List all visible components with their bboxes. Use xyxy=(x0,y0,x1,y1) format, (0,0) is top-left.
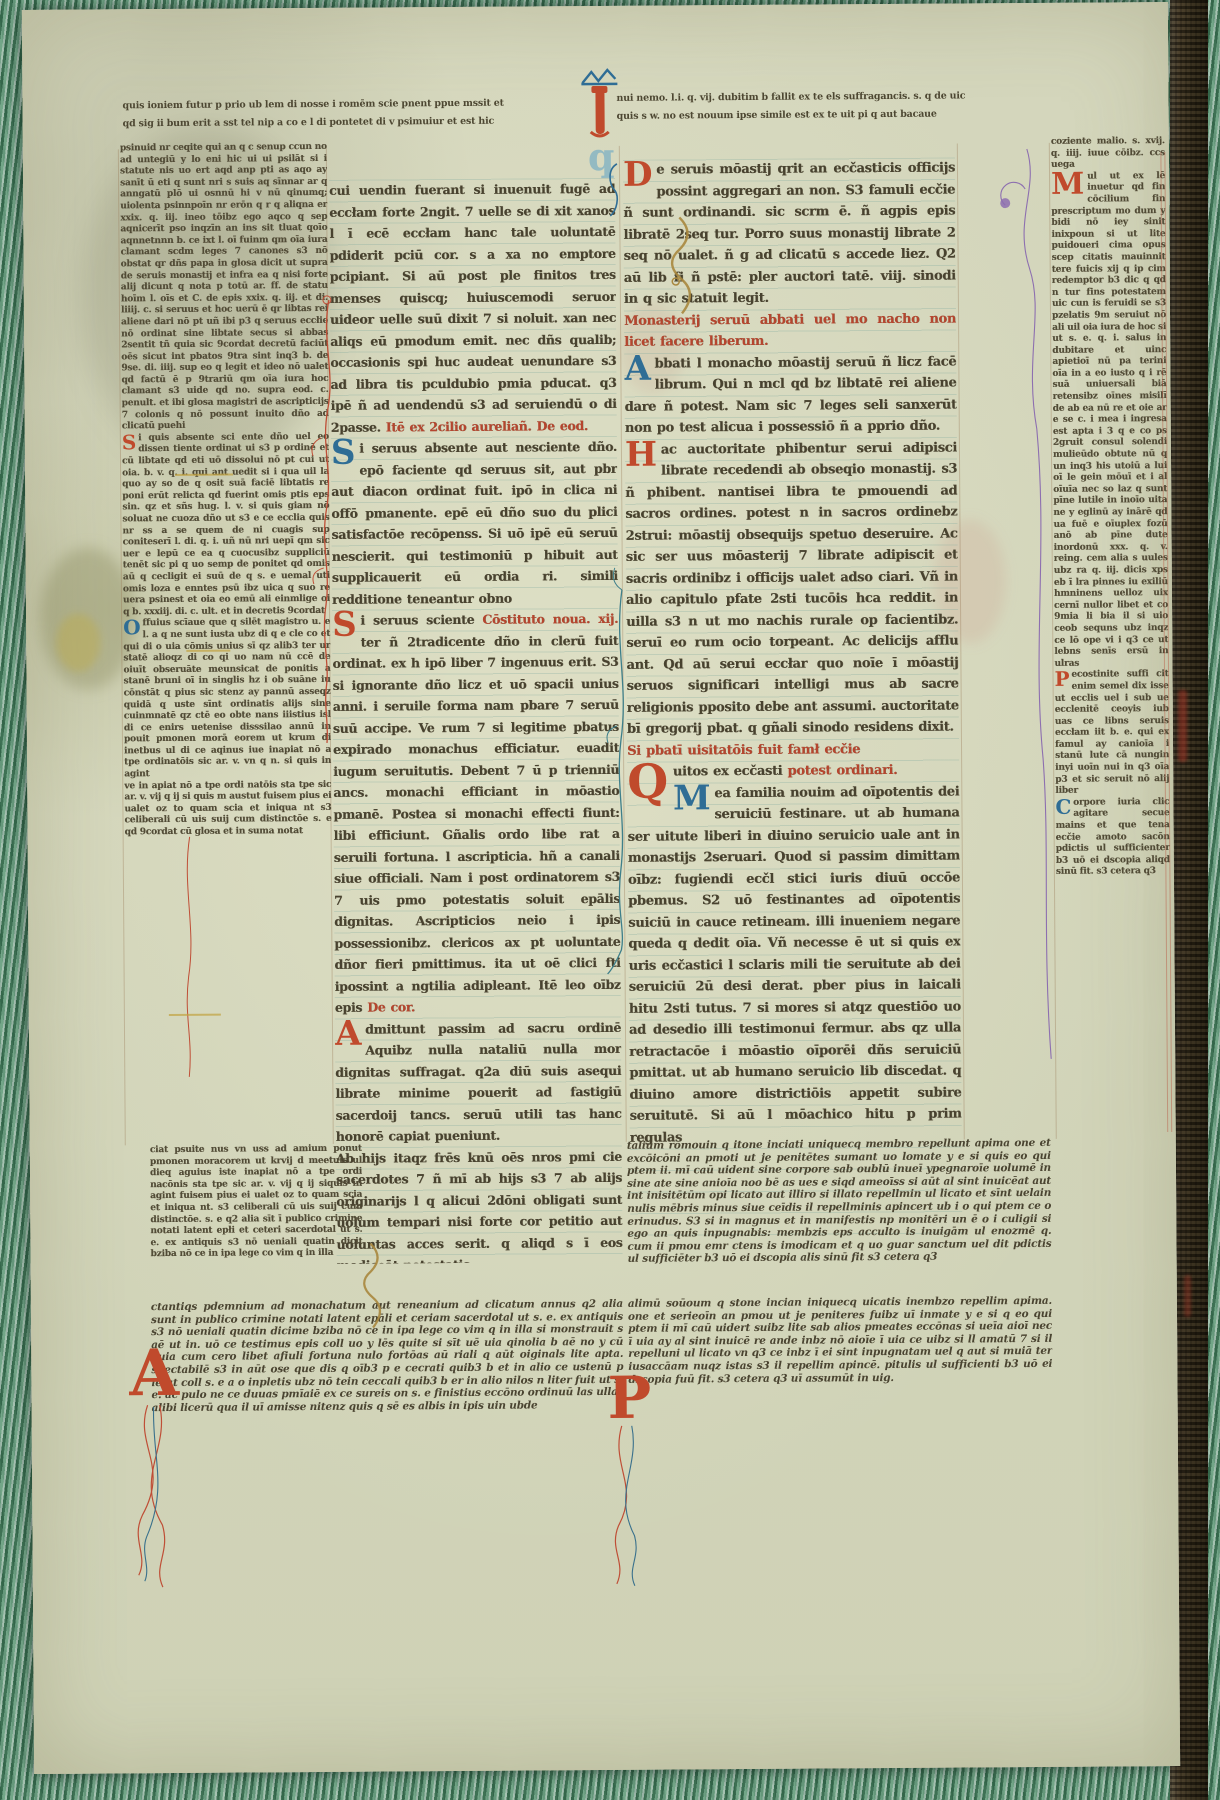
main-column-right: De seruis mōastij qrit an ecčasticis off… xyxy=(623,158,963,1252)
right-gloss-column: coziente malio. s. xvij. q. iiij. iuue c… xyxy=(1051,136,1172,1139)
rubric-monasterii: Monasterij seruū abbati uel mo nacho non… xyxy=(624,308,956,353)
header-text: quis ioniem futur p prio ub lem di nosse… xyxy=(122,98,503,112)
initial-M-blue: M xyxy=(673,783,715,813)
initial-A-tail-blue xyxy=(144,1407,159,1581)
rubric-cue: Cōstituto noua. xij. xyxy=(482,611,618,627)
body-text: i seruus sciente xyxy=(360,612,482,628)
header-text: quis s w. no est nouum ipse simile est e… xyxy=(617,109,937,122)
gloss-text: coziente malio. s. xvij. q. iiij. iuue c… xyxy=(1051,136,1165,170)
body-paragraph: Si seruus sciente Cōstituto noua. xij. t… xyxy=(332,608,621,1018)
bottom-right-addition: talium romouin q itone inciati uniquecq … xyxy=(627,1137,1052,1292)
gloss-paragraph: Mul ut ex lē inuetur qd fin cōcilium fin… xyxy=(1051,171,1168,670)
body-paragraph: cui uendin fuerant si inuenuit fugē ad e… xyxy=(329,178,617,438)
body-text: ac auctoritate phibentur serui adipisci … xyxy=(625,440,959,737)
gloss-text: psinuid nr ceqite qui an q c senup ccun … xyxy=(120,142,329,432)
initial-Q-red: Q xyxy=(627,761,673,801)
rubric-text: Si pbatī uisitatōis fuit famł ecčie xyxy=(627,742,860,759)
cursive-paragraph: alimū soūoum q stone incian iniquecq uic… xyxy=(628,1295,1053,1386)
purple-penwork-line xyxy=(1023,149,1051,1059)
flourished-initial-P: P xyxy=(607,1372,651,1424)
purple-penwork-curl xyxy=(1001,182,1026,205)
rubric-cue: De cor. xyxy=(367,999,415,1014)
body-text: dmittunt passim ad sacru ordinē Aquibz n… xyxy=(335,1019,621,1143)
body-text: cui uendin fuerant si inuenuit fugē ad e… xyxy=(329,181,617,434)
rubric-cue: Itē ex 2cilio aureliañ. De eod. xyxy=(386,418,588,434)
gloss-paragraph: Si quis absente sci ente dño uel eo diss… xyxy=(122,432,330,619)
header-gloss-right-line2: quis s w. no est nouum ipse simile est e… xyxy=(617,105,1047,126)
body-paragraph: Si seruus absente aut nesciente dño. epō… xyxy=(331,436,618,610)
cursive-paragraph: talium romouin q itone inciati uniquecq … xyxy=(627,1137,1052,1266)
gloss-text: ffuius scīaue que q silēt magistro u. e … xyxy=(123,617,331,779)
gloss-text: ve in apiat nō a tpe ordi natōis sta tpe… xyxy=(124,780,331,838)
gloss-paragraph: Corpore iuria clic agitare secue mains e… xyxy=(1055,797,1170,879)
body-text: ea familia nouim ad oīpotentis dei serui… xyxy=(628,784,962,1145)
gloss-paragraph: Offuius scīaue que q silēt magistro u. e… xyxy=(123,617,331,781)
header-text: nui nemo. l.i. q. vij. dubitim b fallit … xyxy=(616,90,965,103)
initial-P-tail-red xyxy=(615,1426,628,1584)
body-paragraph: Quitos ex ecčasti potest ordinari. xyxy=(627,759,959,783)
initial-C-blue: C xyxy=(1055,798,1073,816)
body-paragraph: Hac auctoritate phibentur serui adipisci… xyxy=(625,437,959,740)
left-gloss-column: psinuid nr ceqite qui an q c senup ccun … xyxy=(120,142,334,1149)
photo-of-manuscript: { "meta": { "description": "Medieval can… xyxy=(0,0,1220,1800)
initial-S-blue: S xyxy=(331,438,359,468)
body-paragraph: Mea familia nouim ad oīpotentis dei seru… xyxy=(627,781,962,1149)
initial-A-tail-red xyxy=(151,1405,165,1587)
initial-D-red: D xyxy=(623,160,656,190)
initial-A-tail-red xyxy=(137,1405,153,1575)
initial-P-tail-blue xyxy=(625,1426,636,1586)
body-paragraph: Admittunt passim ad sacru ordinē Aquibz … xyxy=(335,1016,622,1147)
gloss-text: ciat psuite nus vn uss ad amium ponut pm… xyxy=(150,1144,363,1260)
gloss-paragraph: psinuid nr ceqite qui an q c senup ccun … xyxy=(120,142,329,433)
gloss-text: ul ut ex lē inuetur qd fin cōcilium fin … xyxy=(1051,171,1168,669)
running-title-ornament-drawing: q xyxy=(578,66,623,178)
bottom-band-left: ctantiqs pdemnium ad monachatum aut rene… xyxy=(151,1298,624,1423)
purple-penwork-blob xyxy=(1000,198,1010,208)
initial-S-red: S xyxy=(332,610,360,640)
initial-H-red: H xyxy=(625,439,661,469)
main-column-left: cui uendin fuerant si inuenuit fugē ad e… xyxy=(329,178,623,1264)
body-text: Ab hijs itaqz frēs knū oēs nros pmi cie … xyxy=(336,1148,623,1263)
bottom-left-gloss: ciat psuite nus vn uss ad amium ponut pm… xyxy=(150,1144,363,1307)
gloss-paragraph: ciat psuite nus vn uss ad amium ponut pm… xyxy=(150,1144,363,1261)
body-text: bbati l monacho mōastij seruū ñ licz fac… xyxy=(625,354,957,436)
gloss-paragraph: coziente malio. s. xvij. q. iiij. iuue c… xyxy=(1051,136,1165,172)
rubric-text: Monasterij seruū abbati uel mo nacho non… xyxy=(624,311,956,350)
edge-red-mark xyxy=(1184,1275,1191,1317)
initial-A-red: A xyxy=(335,1018,365,1048)
gloss-paragraph: ve in apiat nō a tpe ordi natōis sta tpe… xyxy=(124,780,331,839)
gloss-text: i quis absente sci ente dño uel eo disse… xyxy=(122,432,330,617)
initial-P-red: P xyxy=(1054,670,1071,688)
cursive-text: talium romouin q itone inciati uniquecq … xyxy=(627,1137,1052,1265)
body-text: e seruis mōastij qrit an ecčasticis offi… xyxy=(623,161,956,307)
parchment-stain-yellow xyxy=(56,613,100,671)
initial-A-blue: A xyxy=(624,353,654,383)
gloss-text: orpore iuria clic agitare secue mains et… xyxy=(1056,797,1170,877)
gloss-paragraph: Pecostinite suffi cit enim semel dix iss… xyxy=(1054,669,1169,797)
initial-S-red: S xyxy=(122,433,138,451)
rubric-si-probati: Si pbatī uisitatōis fuit famł ecčie xyxy=(627,738,959,762)
running-title-ornament: q xyxy=(578,66,623,178)
ornament-letter-q: q xyxy=(588,134,615,178)
gloss-text: ecostinite suffi cit enim semel dix isse… xyxy=(1055,669,1170,796)
header-gloss-left-line2: qd sig ii bum erit a sst tel nip a co e … xyxy=(123,112,591,133)
body-paragraph: Abbati l monacho mōastij seruū ñ licz fa… xyxy=(624,351,957,439)
cursive-text: ctantiqs pdemnium ad monachatum aut rene… xyxy=(151,1298,624,1414)
initial-O-blue: O xyxy=(123,619,142,637)
edge-red-mark xyxy=(1178,690,1187,762)
initial-M-red: M xyxy=(1051,171,1087,197)
body-text: ter ñ 2tradicente dño in clerū fuit ordi… xyxy=(332,632,620,1014)
header-text: qd sig ii bum erit a sst tel nip a co e … xyxy=(123,116,495,130)
flourished-initial-A: A xyxy=(129,1345,179,1403)
manuscript-page: quis ioniem futur p prio ub lem di nosse… xyxy=(22,2,1180,1774)
cursive-paragraph: ctantiqs pdemnium ad monachatum aut rene… xyxy=(151,1298,624,1415)
rubric-cue: potest ordinari. xyxy=(787,763,897,779)
cursive-text: alimū soūoum q stone incian iniquecq uic… xyxy=(628,1295,1053,1386)
body-text: i seruus absente aut nesciente dño. epō … xyxy=(331,439,618,606)
bottom-band-right: alimū soūoum q stone incian iniquecq uic… xyxy=(628,1295,1053,1420)
body-paragraph: De seruis mōastij qrit an ecčasticis off… xyxy=(623,158,956,311)
body-text: uitos ex ecčasti xyxy=(673,764,788,780)
body-paragraph: Ab hijs itaqz frēs knū oēs nros pmi cie … xyxy=(336,1145,623,1263)
